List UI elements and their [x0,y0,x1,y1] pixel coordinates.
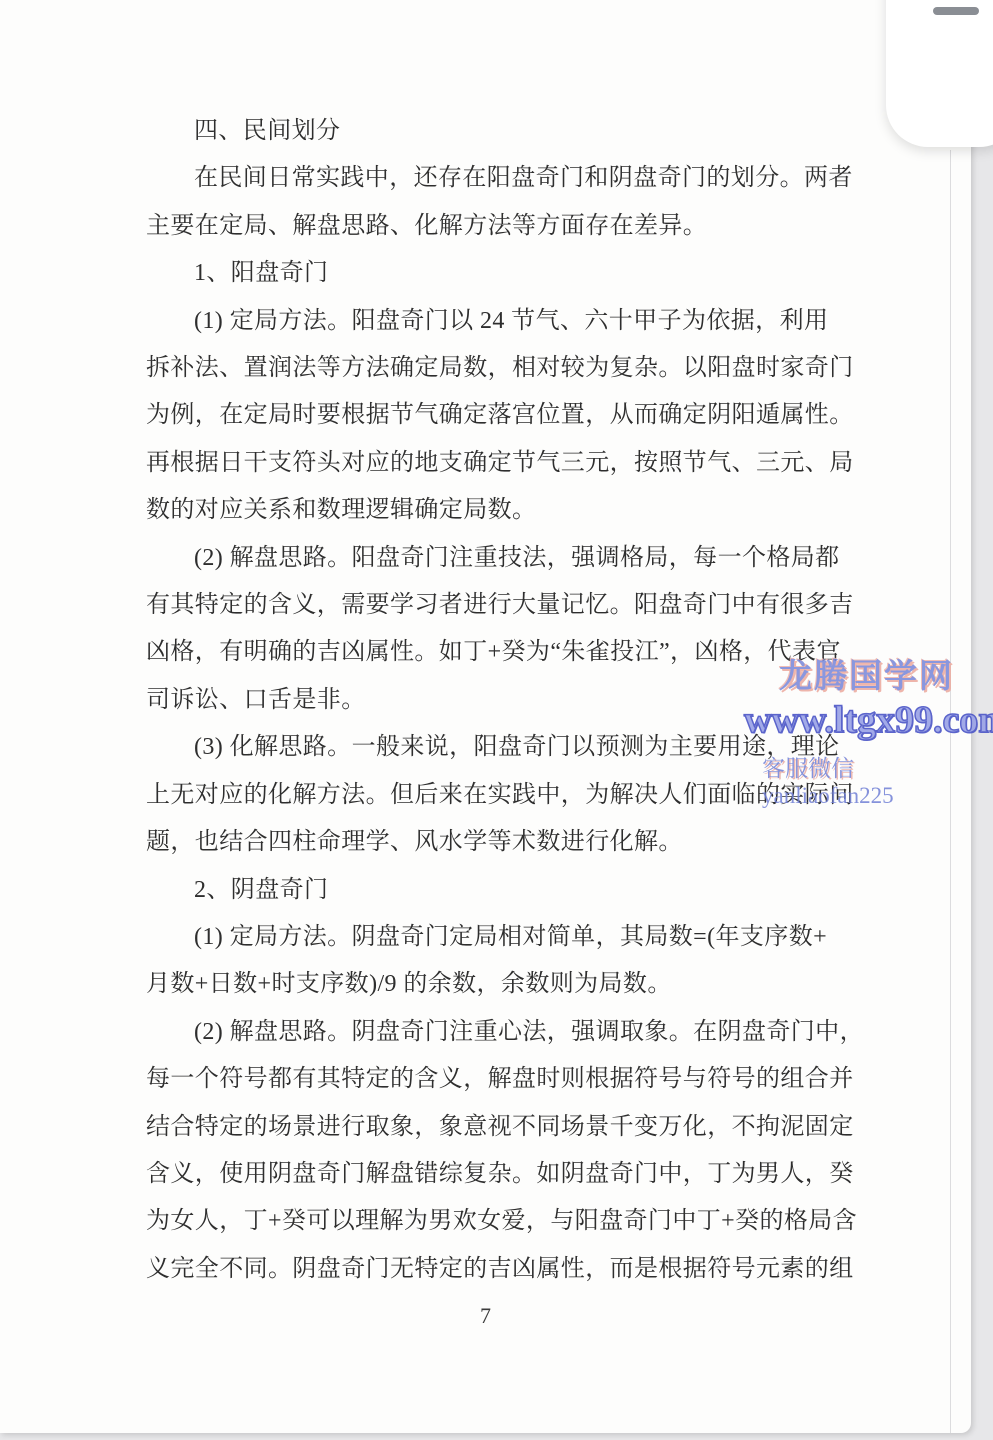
heading-line: 2、阴盘奇门 [146,867,906,914]
scroll-handle[interactable] [886,0,993,147]
text-line: 上无对应的化解方法。但后来在实践中，为解决人们面临的实际问 [146,772,906,819]
drag-handle-icon [933,7,979,15]
text-line: 数的对应关系和数理逻辑确定局数。 [146,487,906,534]
heading-line: 四、民间划分 [146,108,906,155]
text-line: 主要在定局、解盘思路、化解方法等方面存在差异。 [146,203,906,250]
heading-line: 1、阳盘奇门 [146,250,906,297]
text-line: 司诉讼、口舌是非。 [146,677,906,724]
text-line: 在民间日常实践中，还存在阳盘奇门和阴盘奇门的划分。两者 [146,155,906,202]
text-line: 每一个符号都有其特定的含义，解盘时则根据符号与符号的组合并 [146,1056,906,1103]
text-line: 拆补法、置润法等方法确定局数，相对较为复杂。以阳盘时家奇门 [146,345,906,392]
text-line: 义完全不同。阴盘奇门无特定的吉凶属性，而是根据符号元素的组 [146,1246,906,1293]
text-line: 凶格，有明确的吉凶属性。如丁+癸为“朱雀投江”，凶格，代表官 [146,629,906,676]
text-line: 月数+日数+时支序数)/9 的余数，余数则为局数。 [146,961,906,1008]
text-line: 再根据日干支符头对应的地支确定节气三元，按照节气、三元、局 [146,440,906,487]
page-number: 7 [0,1303,971,1329]
text-line: (2) 解盘思路。阳盘奇门注重技法，强调格局，每一个格局都 [146,535,906,582]
text-line: (1) 定局方法。阴盘奇门定局相对简单，其局数=(年支序数+ [146,914,906,961]
page-edge-line [950,150,951,1433]
text-line: 有其特定的含义，需要学习者进行大量记忆。阳盘奇门中有很多吉 [146,582,906,629]
text-line: 为女人，丁+癸可以理解为男欢女爱，与阳盘奇门中丁+癸的格局含 [146,1198,906,1245]
document-body: 四、民间划分在民间日常实践中，还存在阳盘奇门和阴盘奇门的划分。两者主要在定局、解… [146,108,906,1293]
text-line: (2) 解盘思路。阴盘奇门注重心法，强调取象。在阴盘奇门中， [146,1009,906,1056]
text-line: (3) 化解思路。一般来说，阳盘奇门以预测为主要用途，理论 [146,724,906,771]
text-line: (1) 定局方法。阳盘奇门以 24 节气、六十甲子为依据，利用 [146,298,906,345]
text-line: 结合特定的场景进行取象，象意视不同场景千变万化，不拘泥固定 [146,1104,906,1151]
text-line: 含义，使用阴盘奇门解盘错综复杂。如阴盘奇门中，丁为男人，癸 [146,1151,906,1198]
text-line: 题，也结合四柱命理学、风水学等术数进行化解。 [146,819,906,866]
document-page: 四、民间划分在民间日常实践中，还存在阳盘奇门和阴盘奇门的划分。两者主要在定局、解… [0,0,971,1433]
text-line: 为例，在定局时要根据节气确定落宫位置，从而确定阴阳遁属性。 [146,392,906,439]
